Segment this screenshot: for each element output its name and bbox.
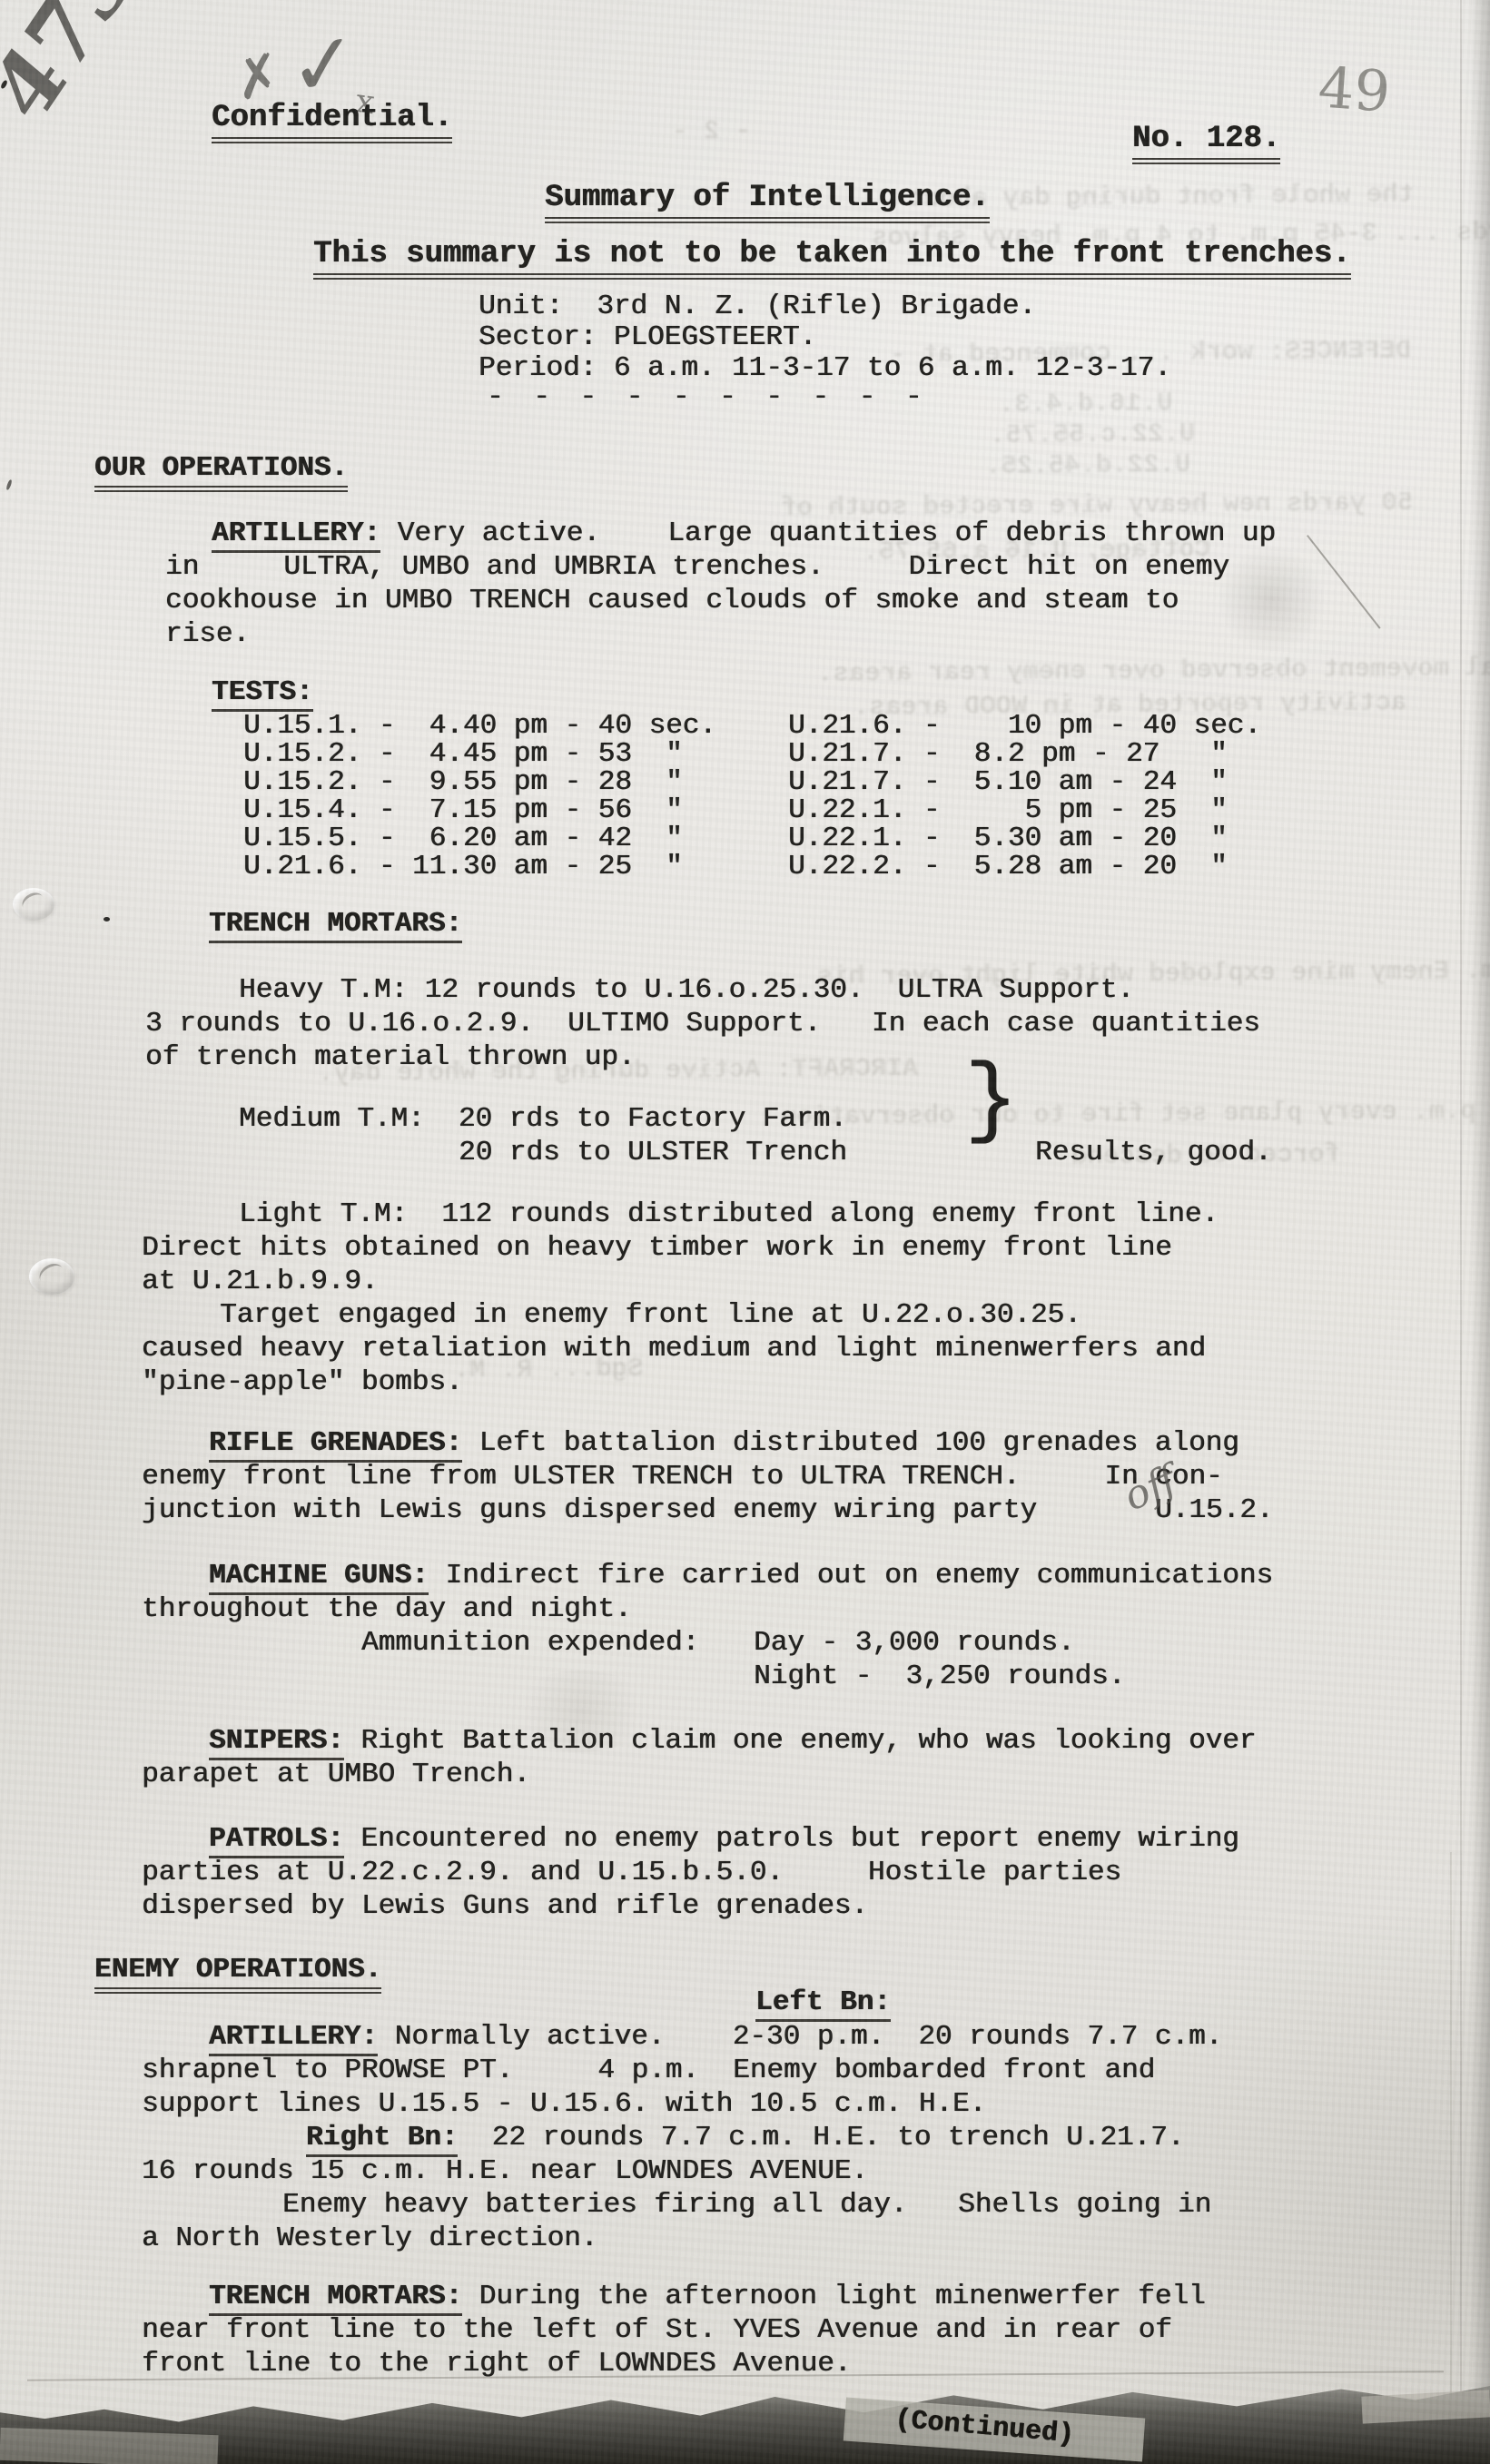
text-line: in ULTRA, UMBO and UMBRIA trenches. Dire… (165, 551, 1229, 584)
trench-mortars-heading: TRENCH MORTARS: (209, 908, 462, 941)
emboss-curl (35, 1260, 67, 1290)
title-line: Summary of Intelligence. (545, 182, 990, 214)
enemy-trench-mortars-heading: TRENCH MORTARS: (209, 2281, 462, 2316)
curly-brace: } (964, 1086, 1018, 1119)
text-line: 20 rds to ULSTER Trench (459, 1137, 847, 1169)
torn-bottom-edge (0, 2386, 1490, 2464)
ink-speck (5, 479, 13, 491)
text-line: SNIPERS: Right Battalion claim one enemy… (209, 1725, 1256, 1758)
snipers-text: Right Battalion claim one enemy, who was… (344, 1725, 1257, 1757)
enemy-operations-heading: ENEMY OPERATIONS. (94, 1954, 381, 1986)
text-line: Light T.M: 112 rounds distributed along … (239, 1198, 1219, 1231)
page-edge-shadow (1470, 0, 1490, 2464)
bleedthrough-text: - 2 - (672, 116, 751, 147)
left-bn-heading: Left Bn: (755, 1986, 891, 2019)
tests-row: U.21.6. - 11.30 am - 25 "U.22.2. - 5.28 … (243, 851, 1228, 883)
emboss-curl (19, 890, 48, 917)
ink-speck (104, 917, 110, 922)
text-line: at U.21.b.9.9. (142, 1266, 378, 1298)
text-line: Target engaged in enemy front line at U.… (220, 1299, 1081, 1332)
enemy-trench-mortars-text: During the afternoon light minenwerfer f… (462, 2281, 1206, 2312)
text-line: Heavy T.M: 12 rounds to U.16.o.25.30. UL… (239, 974, 1134, 1007)
text-line: shrapnel to PROWSE PT. 4 p.m. Enemy bomb… (142, 2055, 1155, 2087)
text-line: MACHINE GUNS: Indirect fire carried out … (209, 1560, 1273, 1592)
classification-line: Confidential. (212, 102, 452, 134)
bleedthrough-text: U.22.d.45.25. (985, 449, 1191, 481)
text-line: enemy front line from ULSTER TRENCH to U… (142, 1461, 1223, 1493)
bleedthrough-text: U.16.d.4.3. (999, 388, 1173, 419)
trench-mortars-heading-text: TRENCH MORTARS: (209, 908, 462, 943)
text-line: Night - 3,250 rounds. (754, 1661, 1125, 1693)
right-bn-heading: Right Bn: (306, 2122, 458, 2157)
page-fold-crease (1450, 1852, 1452, 2397)
text-line: 3 rounds to U.16.o.2.9. ULTIMO Support. … (145, 1008, 1260, 1040)
patrols-text: Encountered no enemy patrols but report … (344, 1823, 1239, 1855)
tests-cell-right: U.21.7. - 8.2 pm - 27 " (788, 738, 1228, 770)
rifle-grenades-text: Left battalion distributed 100 grenades … (462, 1427, 1239, 1459)
paper-stain (508, 1671, 654, 1752)
text-line: support lines U.15.5 - U.15.6. with 10.5… (142, 2088, 986, 2121)
text-line: TRENCH MORTARS: During the afternoon lig… (209, 2281, 1206, 2313)
artillery-text: Very active. Large quantities of debris … (380, 517, 1276, 549)
warning-text: This summary is not to be taken into the… (313, 237, 1351, 280)
our-operations-text: OUR OPERATIONS. (94, 452, 348, 492)
rifle-grenades-heading: RIFLE GRENADES: (209, 1427, 462, 1463)
bleedthrough-text: As 1-25 p.m. every plane set fire to our… (781, 1095, 1490, 1132)
text-line: PATROLS: Encountered no enemy patrols bu… (209, 1823, 1239, 1856)
file-number-handwritten: 473. (0, 0, 171, 142)
text-line: caused heavy retaliation with medium and… (142, 1333, 1206, 1365)
fastener-emboss-mark (29, 1258, 74, 1295)
classification-text: Confidential. (212, 101, 452, 143)
document-page: - 2 - the whole front during day about 1… (0, 0, 1490, 2464)
doc-number-line: No. 128. (1132, 123, 1280, 155)
text-line: 16 rounds 15 c.m. H.E. near LOWNDES AVEN… (142, 2155, 868, 2188)
bleedthrough-text: Normal movement observed over enemy rear… (817, 652, 1490, 688)
paper-stain (1217, 545, 1326, 654)
text-line: cookhouse in UMBO TRENCH caused clouds o… (165, 585, 1179, 617)
text-line: RIFLE GRENADES: Left battalion distribut… (209, 1427, 1239, 1460)
period-line: Period: 6 a.m. 11-3-17 to 6 a.m. 12-3-17… (479, 352, 1171, 385)
tests-cell-right: U.21.7. - 5.10 am - 24 " (788, 766, 1228, 798)
text-line: Right Bn: 22 rounds 7.7 c.m. H.E. to tre… (306, 2122, 1184, 2154)
page-fold-crease (1460, 0, 1462, 2464)
bleedthrough-text: U.22.c.55.75. (990, 419, 1196, 450)
text-line: parapet at UMBO Trench. (142, 1759, 530, 1791)
text-line: Medium T.M: 20 rds to Factory Farm. (239, 1103, 847, 1136)
machine-guns-heading: MACHINE GUNS: (209, 1560, 429, 1595)
text-line: dispersed by Lewis Guns and rifle grenad… (142, 1890, 868, 1923)
tests-cell-right: U.22.1. - 5 pm - 25 " (788, 794, 1228, 826)
enemy-artillery-heading: ARTILLERY: (209, 2021, 378, 2056)
text-line: "pine-apple" bombs. (142, 1366, 462, 1399)
text-line: Enemy heavy batteries firing all day. Sh… (282, 2189, 1211, 2222)
text-line: ARTILLERY: Normally active. 2-30 p.m. 20… (209, 2021, 1222, 2054)
warning-line: This summary is not to be taken into the… (313, 238, 1351, 271)
text-line: Ammunition expended: (361, 1627, 699, 1660)
our-operations-heading: OUR OPERATIONS. (94, 452, 348, 485)
tests-cell-right: U.21.6. - 10 pm - 40 sec. (788, 710, 1261, 742)
tests-cell-right: U.22.2. - 5.28 am - 20 " (788, 851, 1228, 882)
text-line: ARTILLERY: Very active. Large quantities… (212, 517, 1276, 550)
fastener-emboss-mark (13, 888, 54, 921)
enemy-artillery-text: Normally active. 2-30 p.m. 20 rounds 7.7… (378, 2021, 1222, 2053)
enemy-operations-text: ENEMY OPERATIONS. (94, 1954, 381, 1994)
text-line: Results, good. (1035, 1137, 1271, 1169)
artillery-heading: ARTILLERY: (212, 517, 380, 553)
tests-cell-left: U.21.6. - 11.30 am - 25 " (243, 851, 788, 883)
text-line: Day - 3,000 rounds. (754, 1627, 1074, 1660)
tests-cell-right: U.22.1. - 5.30 am - 20 " (788, 823, 1228, 854)
title-text: Summary of Intelligence. (545, 181, 990, 223)
text-line: junction with Lewis guns dispersed enemy… (142, 1494, 1273, 1527)
text-line: near front line to the left of St. YVES … (142, 2314, 1172, 2347)
text-line: rise. (165, 618, 250, 651)
machine-guns-text: Indirect fire carried out on enemy commu… (429, 1560, 1273, 1592)
text-line: parties at U.22.c.2.9. and U.15.b.5.0. H… (142, 1857, 1121, 1889)
sector-line: Sector: PLOEGSTEERT. (479, 321, 816, 354)
text-line: a North Westerly direction. (142, 2223, 597, 2255)
page-number-pencil: 49 (1317, 54, 1393, 124)
patrols-heading: PATROLS: (209, 1823, 344, 1858)
doc-number-text: No. 128. (1132, 122, 1280, 164)
text-line: throughout the day and night. (142, 1593, 632, 1626)
text-line: Direct hits obtained on heavy timber wor… (142, 1232, 1172, 1265)
text-line: of trench material thrown up. (145, 1041, 636, 1074)
tests-heading-text: TESTS: (212, 676, 313, 712)
left-bn-text: Left Bn: (755, 1986, 891, 2022)
divider-dashes: - - - - - - - - - - (487, 381, 928, 414)
right-bn-text: 22 rounds 7.7 c.m. H.E. to trench U.21.7… (458, 2122, 1184, 2154)
snipers-heading: SNIPERS: (209, 1725, 344, 1760)
tests-heading: TESTS: (212, 676, 313, 709)
unit-line: Unit: 3rd N. Z. (Rifle) Brigade. (479, 291, 1036, 323)
